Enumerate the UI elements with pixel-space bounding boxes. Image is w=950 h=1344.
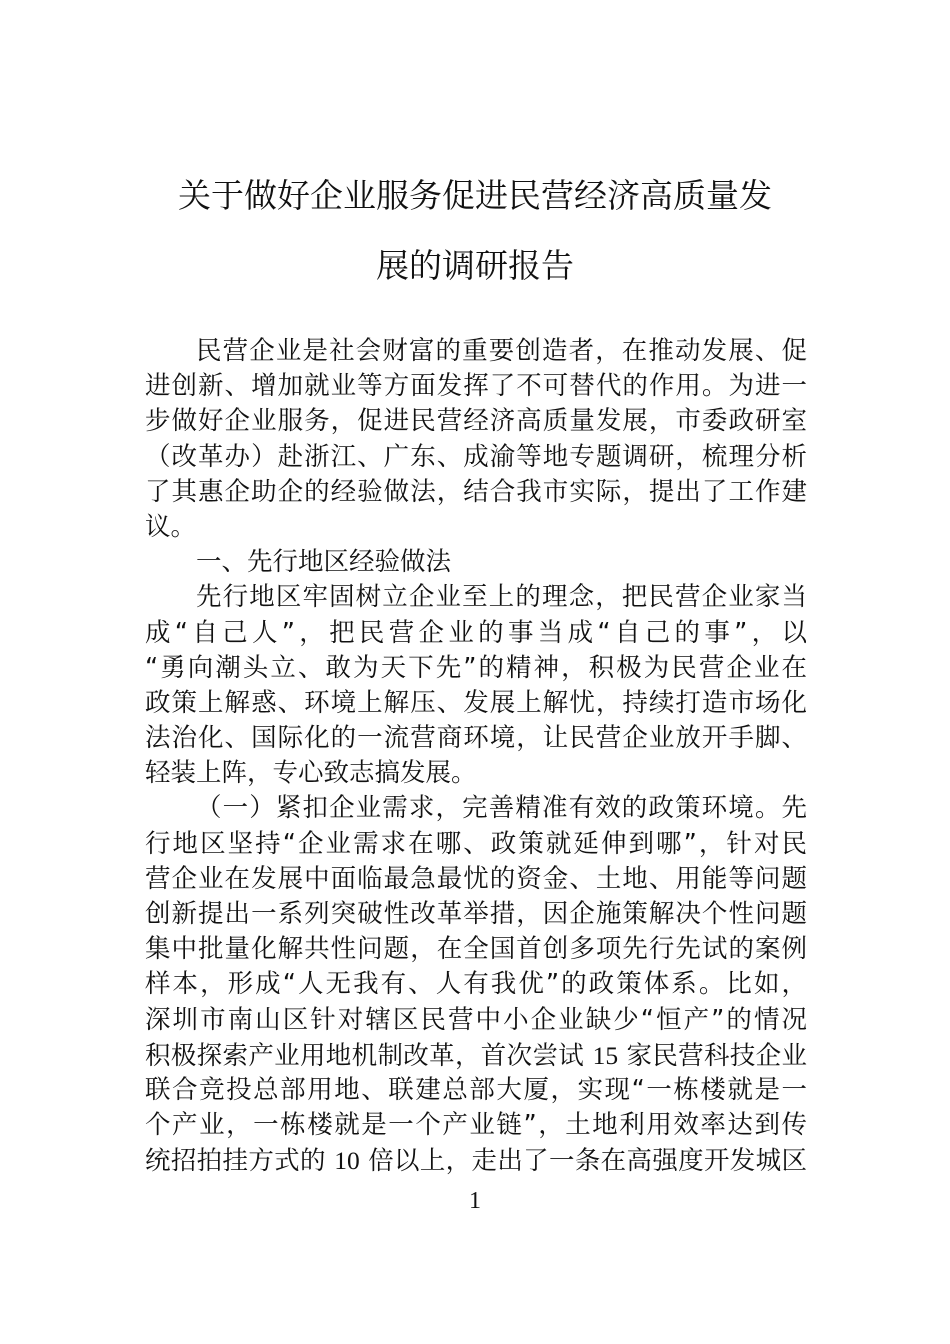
- document-title-line-2: 展的调研报告: [0, 246, 950, 286]
- text-line: 法治化、国际化的一流营商环境，让民营企业放开手脚、: [145, 721, 807, 756]
- text-line: 先行地区牢固树立企业至上的理念，把民营企业家当: [145, 580, 807, 615]
- number-value: 10: [334, 1146, 360, 1175]
- section-heading: 一、先行地区经验做法: [145, 545, 807, 580]
- heading-line: 一、先行地区经验做法: [145, 545, 807, 580]
- text-segment: 统招拍挂方式的: [145, 1146, 326, 1176]
- text-line: 个产业，一栋楼就是一个产业链”，土地利用效率达到传: [145, 1108, 807, 1143]
- document-page: 关于做好企业服务促进民营经济高质量发 展的调研报告 民营企业是社会财富的重要创造…: [0, 0, 950, 1344]
- page-number: 1: [0, 1186, 950, 1216]
- text-line: 了其惠企助企的经验做法，结合我市实际，提出了工作建: [145, 475, 807, 510]
- paragraph-intro: 民营企业是社会财富的重要创造者，在推动发展、促 进创新、增加就业等方面发挥了不可…: [145, 334, 807, 545]
- text-line: （改革办）赴浙江、广东、成渝等地专题调研，梳理分析: [145, 440, 807, 475]
- text-line: 进创新、增加就业等方面发挥了不可替代的作用。为进一: [145, 369, 807, 404]
- text-segment: 倍以上，走出了一条在高强度开发城区: [368, 1146, 807, 1176]
- text-line: 步做好企业服务，促进民营经济高质量发展，市委政研室: [145, 404, 807, 439]
- document-title-line-1: 关于做好企业服务促进民营经济高质量发: [0, 176, 950, 216]
- document-body: 民营企业是社会财富的重要创造者，在推动发展、促 进创新、增加就业等方面发挥了不可…: [145, 334, 807, 1179]
- text-line: 政策上解惑、环境上解压、发展上解忧，持续打造市场化: [145, 686, 807, 721]
- paragraph-section-intro: 先行地区牢固树立企业至上的理念，把民营企业家当 成“自己人”，把民营企业的事当成…: [145, 580, 807, 791]
- text-line: 营企业在发展中面临最急最忧的资金、土地、用能等问题: [145, 862, 807, 897]
- text-segment: 积极探索产业用地机制改革，首次尝试: [145, 1041, 584, 1071]
- text-line: 样本，形成“人无我有、人有我优”的政策体系。比如，: [145, 967, 807, 1002]
- number-value: 15: [593, 1041, 619, 1070]
- text-line: 深圳市南山区针对辖区民营中小企业缺少“恒产”的情况: [145, 1003, 807, 1038]
- text-line: 行地区坚持“企业需求在哪、政策就延伸到哪”，针对民: [145, 827, 807, 862]
- text-line: 议。: [145, 510, 807, 545]
- text-line: 联合竞投总部用地、联建总部大厦，实现“一栋楼就是一: [145, 1073, 807, 1108]
- text-line-with-number: 统招拍挂方式的 10 倍以上，走出了一条在高强度开发城区: [145, 1143, 807, 1178]
- text-line: （一）紧扣企业需求，完善精准有效的政策环境。先: [145, 791, 807, 826]
- text-line: 成“自己人”，把民营企业的事当成“自己的事”，以: [145, 616, 807, 651]
- text-line-with-number: 积极探索产业用地机制改革，首次尝试 15 家民营科技企业: [145, 1038, 807, 1073]
- text-line: 创新提出一系列突破性改革举措，因企施策解决个性问题: [145, 897, 807, 932]
- paragraph-subsection-1: （一）紧扣企业需求，完善精准有效的政策环境。先 行地区坚持“企业需求在哪、政策就…: [145, 791, 807, 1178]
- text-line: 民营企业是社会财富的重要创造者，在推动发展、促: [145, 334, 807, 369]
- text-line: 轻装上阵，专心致志搞发展。: [145, 756, 807, 791]
- text-line: “勇向潮头立、敢为天下先”的精神，积极为民营企业在: [145, 651, 807, 686]
- text-line: 集中批量化解共性问题，在全国首创多项先行先试的案例: [145, 932, 807, 967]
- text-segment: 家民营科技企业: [627, 1041, 807, 1071]
